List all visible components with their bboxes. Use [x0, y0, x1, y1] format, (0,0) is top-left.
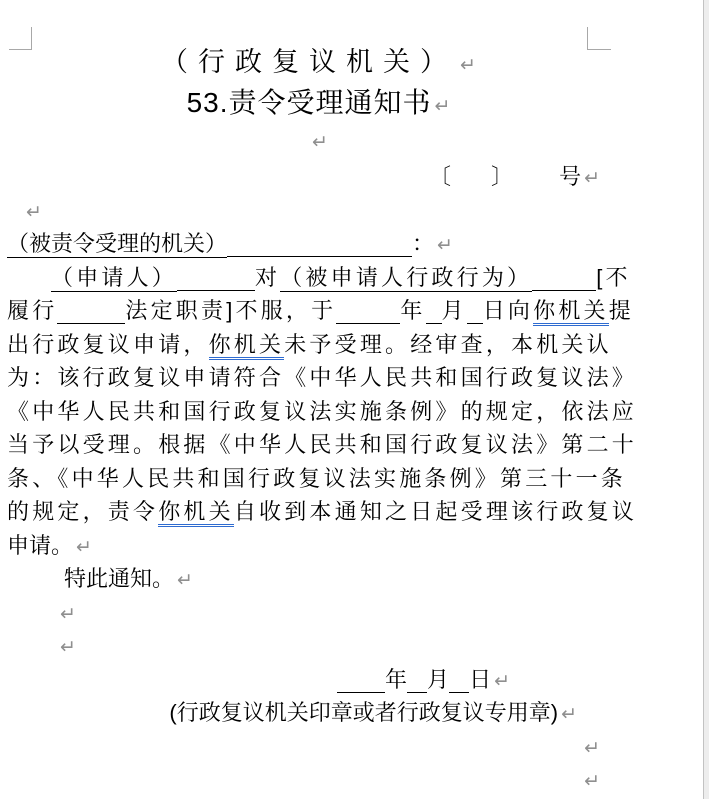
empty-line: ↵ — [7, 123, 630, 159]
body-line: 申请。↵ — [7, 529, 630, 563]
body-line: 履行法定职责]不服，于年月日向你机关提 — [7, 294, 630, 328]
body-line: 《中华人民共和国行政复议法实施条例》的规定，依法应 — [7, 395, 630, 429]
underlined-text: （申请人） — [51, 265, 177, 292]
body-line: 条、《中华人民共和国行政复议法实施条例》第三十一条 — [7, 462, 630, 496]
text-segment: 履行 — [7, 298, 57, 323]
paragraph-mark-icon: ↵ — [457, 54, 476, 76]
empty-line: ↵ — [7, 763, 630, 797]
text-segment: 年 — [385, 667, 407, 692]
paragraph-mark-icon: ↵ — [434, 234, 453, 256]
addressee-line: （被责令受理的机关）：↵ — [7, 227, 630, 261]
paragraph-mark-icon: ↵ — [558, 703, 577, 725]
text-segment: 号 — [559, 164, 581, 189]
text-segment: 法定职责]不服，于 — [125, 298, 336, 323]
paragraph-mark-icon: ↵ — [309, 131, 328, 153]
text-segment: 当予以受理。根据《中华人民共和国行政复议法》第二十 — [7, 432, 637, 457]
fill-in-blank-underline — [407, 691, 427, 693]
word-document-page[interactable]: { "pilcrow": "↵", "colors": { "text": "#… — [0, 0, 709, 799]
grammar-checked-text: 你机关 — [158, 499, 234, 527]
fill-in-blank-underline — [532, 289, 596, 291]
text-segment: (行政复议机关印章或者行政复议专用章) — [169, 700, 558, 725]
grammar-checked-text: 你机关 — [533, 298, 609, 326]
empty-line: ↵ — [7, 730, 630, 764]
text-segment: 〕 — [491, 164, 513, 189]
paragraph-mark-icon: ↵ — [581, 167, 600, 189]
paragraph-mark-icon: ↵ — [491, 670, 510, 692]
text-segment: 53.责令受理通知书 — [187, 87, 432, 118]
text-segment: 申请。 — [7, 533, 73, 558]
underlined-text: （被责令受理的机关） — [7, 231, 227, 258]
body-line: （申请人）对（被申请人行政行为）[不 — [7, 261, 630, 295]
closing-line: 特此通知。↵ — [7, 562, 630, 596]
paragraph-mark-icon: ↵ — [57, 636, 76, 658]
paragraph-mark-icon: ↵ — [23, 201, 42, 223]
fill-in-blank-underline — [336, 322, 400, 324]
text-segment: 〔 — [429, 164, 451, 189]
fill-in-blank-underline — [467, 322, 483, 324]
issue-number-line: 〔〕号↵ — [7, 159, 630, 194]
paragraph-mark-icon: ↵ — [581, 737, 600, 759]
body-line: 出行政复议申请，你机关未予受理。经审查，本机关认 — [7, 328, 630, 362]
fill-in-blank-underline — [449, 691, 469, 693]
paragraph-mark-icon: ↵ — [73, 536, 92, 558]
text-segment: 月 — [442, 298, 467, 323]
text-segment: 月 — [427, 667, 449, 692]
date-line: 年月日↵ — [7, 663, 630, 697]
text-segment: 为：该行政复议申请符合《中华人民共和国行政复议法》 — [7, 365, 637, 390]
document-content[interactable]: （行政复议机关）↵53.责令受理通知书↵↵〔〕号↵↵（被责令受理的机关）：↵（申… — [7, 42, 630, 797]
fill-in-blank-underline — [57, 322, 125, 324]
text-segment: 特此通知。 — [64, 566, 174, 591]
paragraph-mark-icon: ↵ — [581, 770, 600, 792]
body-line: 的规定，责令你机关自收到本通知之日起受理该行政复议 — [7, 495, 630, 529]
underlined-text: （被申请人行政行为） — [280, 265, 532, 292]
text-segment: （行政复议机关） — [161, 47, 457, 77]
text-segment: 的规定，责令 — [7, 499, 158, 524]
text-segment: 出行政复议申请， — [7, 332, 209, 357]
fill-in-blank-underline — [227, 255, 412, 257]
text-segment: 自收到本通知之日起受理该行政复议 — [234, 499, 637, 524]
fill-in-blank-underline — [426, 322, 442, 324]
seal-line: (行政复议机关印章或者行政复议专用章)↵ — [7, 696, 630, 730]
text-segment: 条、《中华人民共和国行政复议法实施条例》第三十一条 — [7, 466, 626, 491]
paragraph-mark-icon: ↵ — [174, 569, 193, 591]
empty-line: ↵ — [7, 194, 630, 227]
org-title-line: （行政复议机关）↵ — [7, 42, 630, 82]
empty-line: ↵ — [7, 629, 630, 663]
empty-line: ↵ — [7, 596, 630, 630]
text-segment: 未予受理。经审查，本机关认 — [284, 332, 612, 357]
text-segment: ： — [412, 231, 434, 256]
grammar-checked-text: 你机关 — [209, 332, 285, 360]
body-line: 当予以受理。根据《中华人民共和国行政复议法》第二十 — [7, 428, 630, 462]
text-segment: [不 — [596, 265, 631, 290]
text-segment: 《中华人民共和国行政复议法实施条例》的规定，依法应 — [7, 399, 637, 424]
text-segment: 日向 — [483, 298, 533, 323]
text-segment: 提 — [609, 298, 634, 323]
text-segment: 年 — [400, 298, 425, 323]
text-segment: 日 — [469, 667, 491, 692]
fill-in-blank-underline — [177, 289, 255, 291]
text-segment: 对 — [255, 265, 280, 290]
doc-title-line: 53.责令受理通知书↵ — [7, 82, 630, 123]
paragraph-mark-icon: ↵ — [432, 95, 451, 117]
page-right-edge — [703, 0, 709, 799]
fill-in-blank-underline — [337, 691, 385, 693]
paragraph-mark-icon: ↵ — [57, 603, 76, 625]
body-line: 为：该行政复议申请符合《中华人民共和国行政复议法》 — [7, 361, 630, 395]
